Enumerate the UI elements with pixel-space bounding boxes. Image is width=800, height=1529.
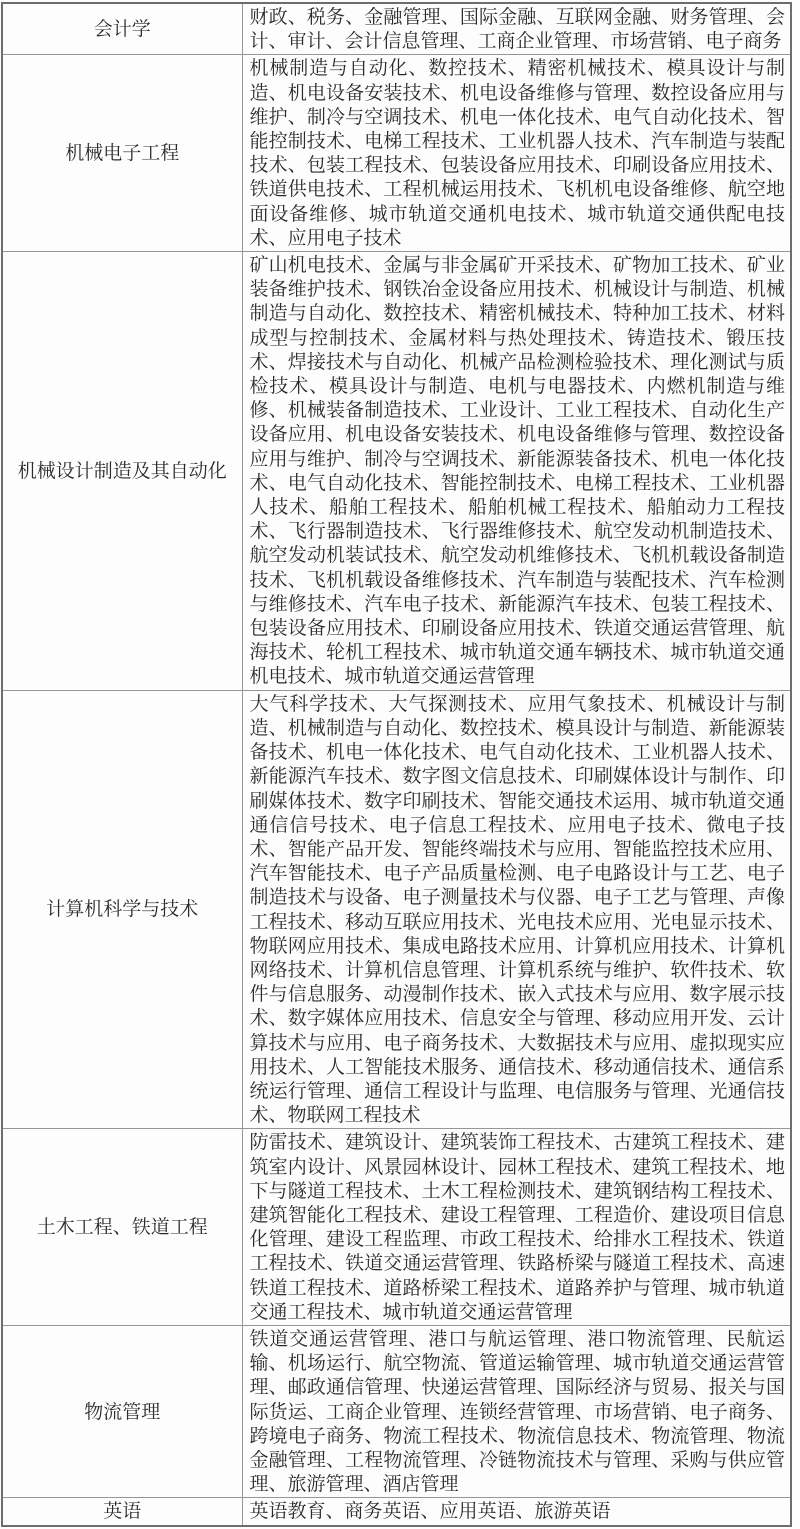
programs-list: 财政、税务、金融管理、国际金融、互联网金融、财务管理、会计、审计、会计信息管理、… (242, 3, 791, 55)
programs-list: 矿山机电技术、金属与非金属矿开采技术、矿物加工技术、矿业装备维护技术、钢铁冶金设… (242, 252, 791, 691)
programs-list: 机械制造与自动化、数控技术、精密机械技术、模具设计与制造、机电设备安装技术、机电… (242, 55, 791, 252)
table-row-computer-science: 计算机科学与技术 大气科学技术、大气探测技术、应用气象技术、机械设计与制造、机械… (2, 690, 791, 1129)
programs-list: 铁道交通运营管理、港口与航运管理、港口物流管理、民航运输、机场运行、航空物流、管… (242, 1325, 791, 1497)
major-name: 机械设计制造及其自动化 (2, 252, 242, 691)
major-name: 物流管理 (2, 1325, 242, 1497)
programs-list: 大气科学技术、大气探测技术、应用气象技术、机械设计与制造、机械制造与自动化、数控… (242, 690, 791, 1129)
majors-programs-table: 会计学 财政、税务、金融管理、国际金融、互联网金融、财务管理、会计、审计、会计信… (1, 2, 792, 1527)
table-row-accounting: 会计学 财政、税务、金融管理、国际金融、互联网金融、财务管理、会计、审计、会计信… (2, 3, 791, 55)
major-name: 土木工程、铁道工程 (2, 1129, 242, 1326)
programs-list: 防雷技术、建筑设计、建筑装饰工程技术、古建筑工程技术、建筑室内设计、风景园林设计… (242, 1129, 791, 1326)
major-name: 会计学 (2, 3, 242, 55)
page: 会计学 财政、税务、金融管理、国际金融、互联网金融、财务管理、会计、审计、会计信… (0, 0, 800, 1529)
table-row-mechanical-design: 机械设计制造及其自动化 矿山机电技术、金属与非金属矿开采技术、矿物加工技术、矿业… (2, 252, 791, 691)
major-name: 计算机科学与技术 (2, 690, 242, 1129)
table-row-logistics: 物流管理 铁道交通运营管理、港口与航运管理、港口物流管理、民航运输、机场运行、航… (2, 1325, 791, 1497)
major-name: 英语 (2, 1498, 242, 1526)
major-name: 机械电子工程 (2, 55, 242, 252)
table-row-civil-railway: 土木工程、铁道工程 防雷技术、建筑设计、建筑装饰工程技术、古建筑工程技术、建筑室… (2, 1129, 791, 1326)
programs-list: 英语教育、商务英语、应用英语、旅游英语 (242, 1498, 791, 1526)
table-row-english: 英语 英语教育、商务英语、应用英语、旅游英语 (2, 1498, 791, 1526)
table-row-mechatronics: 机械电子工程 机械制造与自动化、数控技术、精密机械技术、模具设计与制造、机电设备… (2, 55, 791, 252)
table-body: 会计学 财政、税务、金融管理、国际金融、互联网金融、财务管理、会计、审计、会计信… (2, 3, 791, 1526)
